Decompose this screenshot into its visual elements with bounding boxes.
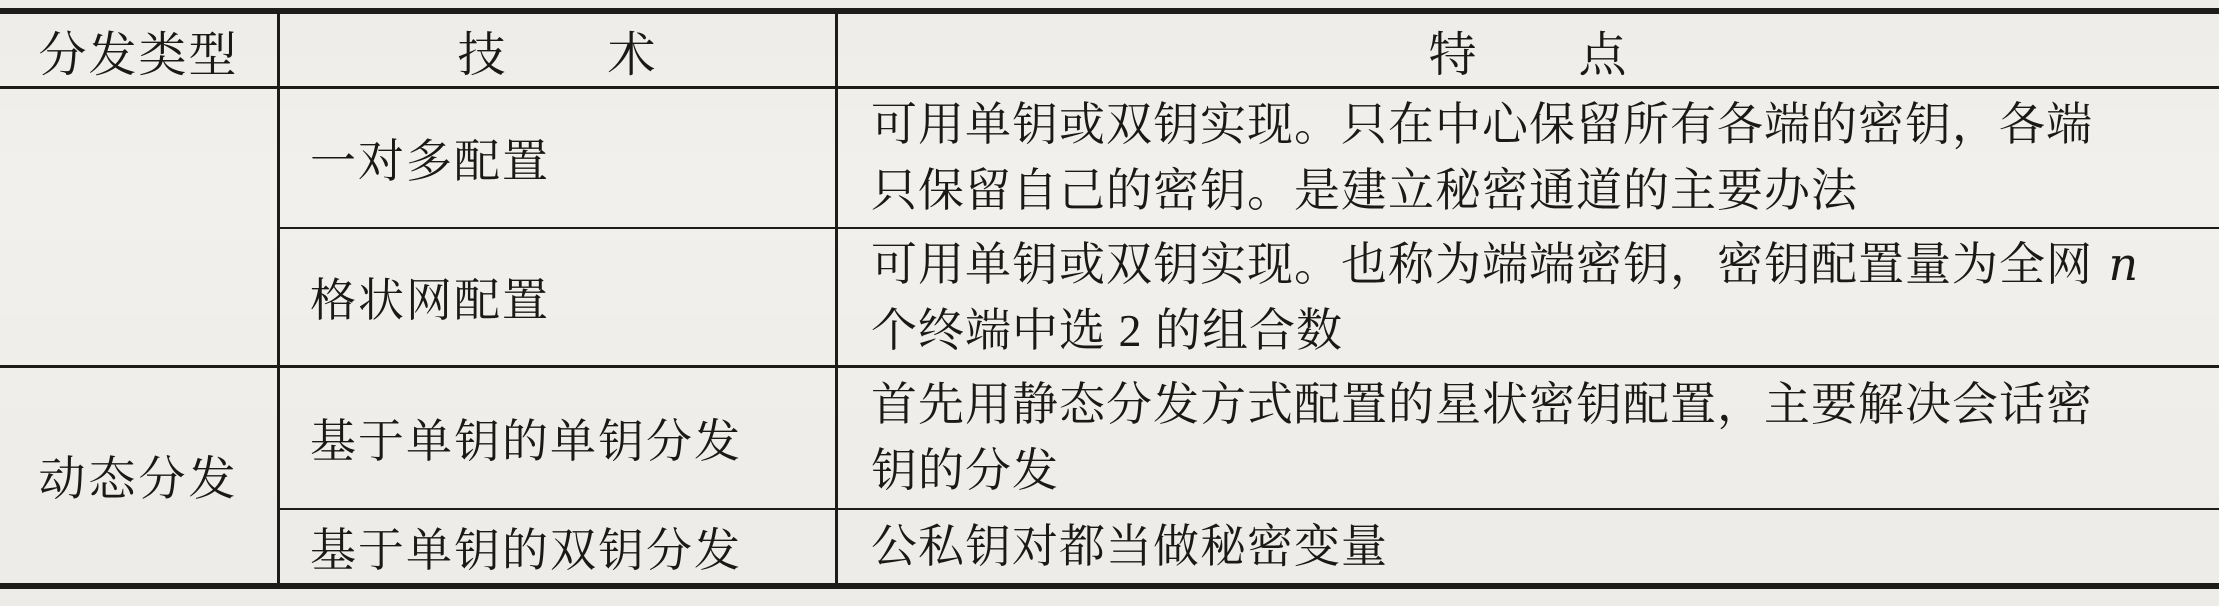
scanned-document-page: 分发类型 技 术 特 点 一对多配置 可用单钥或双钥实现。只在中心保留所有各端的… — [0, 0, 2219, 606]
cell-technique-single-key-double-key-label: 基于单钥的双钥分发 — [310, 514, 742, 580]
cell-technique-one-to-many-label: 一对多配置 — [310, 125, 550, 191]
cell-feature-single-key-single-key-text: 首先用静态分发方式配置的星状密钥配置，主要解决会话密 钥的分发 — [871, 372, 2093, 504]
feature-mesh-text-after-variable: 个终端中选 2 的组合数 — [871, 305, 1343, 356]
feature-mesh-text-before-variable: 可用单钥或双钥实现。也称为端端密钥，密钥配置量为全网 — [871, 239, 2106, 290]
header-technique-label: 技 术 — [457, 16, 657, 85]
cell-feature-mesh: 可用单钥或双钥实现。也称为端端密钥，密钥配置量为全网 n 个终端中选 2 的组合… — [835, 229, 2219, 368]
cell-technique-mesh: 格状网配置 — [277, 229, 835, 368]
header-feature-label: 特 点 — [1428, 16, 1628, 85]
cell-feature-one-to-many-text: 可用单钥或双钥实现。只在中心保留所有各端的密钥，各端 只保留自己的密钥。是建立秘… — [871, 92, 2093, 224]
cell-type-dynamic-distribution: 动态分发 — [0, 368, 277, 583]
cell-technique-single-key-single-key-label: 基于单钥的单钥分发 — [310, 405, 742, 471]
cell-type-group-1 — [0, 89, 277, 368]
header-distribution-type-label: 分发类型 — [38, 16, 238, 85]
cell-feature-single-key-double-key-text: 公私钥对都当做秘密变量 — [871, 514, 1388, 580]
cell-feature-one-to-many: 可用单钥或双钥实现。只在中心保留所有各端的密钥，各端 只保留自己的密钥。是建立秘… — [835, 89, 2219, 229]
cell-technique-single-key-double-key: 基于单钥的双钥分发 — [277, 510, 835, 583]
cell-feature-mesh-text: 可用单钥或双钥实现。也称为端端密钥，密钥配置量为全网 n 个终端中选 2 的组合… — [871, 231, 2142, 364]
header-feature: 特 点 — [835, 14, 2219, 89]
cell-feature-single-key-single-key: 首先用静态分发方式配置的星状密钥配置，主要解决会话密 钥的分发 — [835, 368, 2219, 510]
cell-feature-single-key-double-key: 公私钥对都当做秘密变量 — [835, 510, 2219, 583]
feature-mesh-math-variable-n: n — [2106, 237, 2143, 291]
cell-technique-mesh-label: 格状网配置 — [310, 264, 550, 330]
header-technique: 技 术 — [277, 14, 835, 89]
key-distribution-table: 分发类型 技 术 特 点 一对多配置 可用单钥或双钥实现。只在中心保留所有各端的… — [0, 8, 2219, 589]
cell-technique-single-key-single-key: 基于单钥的单钥分发 — [277, 368, 835, 510]
header-distribution-type: 分发类型 — [0, 14, 277, 89]
cell-technique-one-to-many: 一对多配置 — [277, 89, 835, 229]
cell-type-dynamic-distribution-label: 动态分发 — [39, 442, 239, 509]
